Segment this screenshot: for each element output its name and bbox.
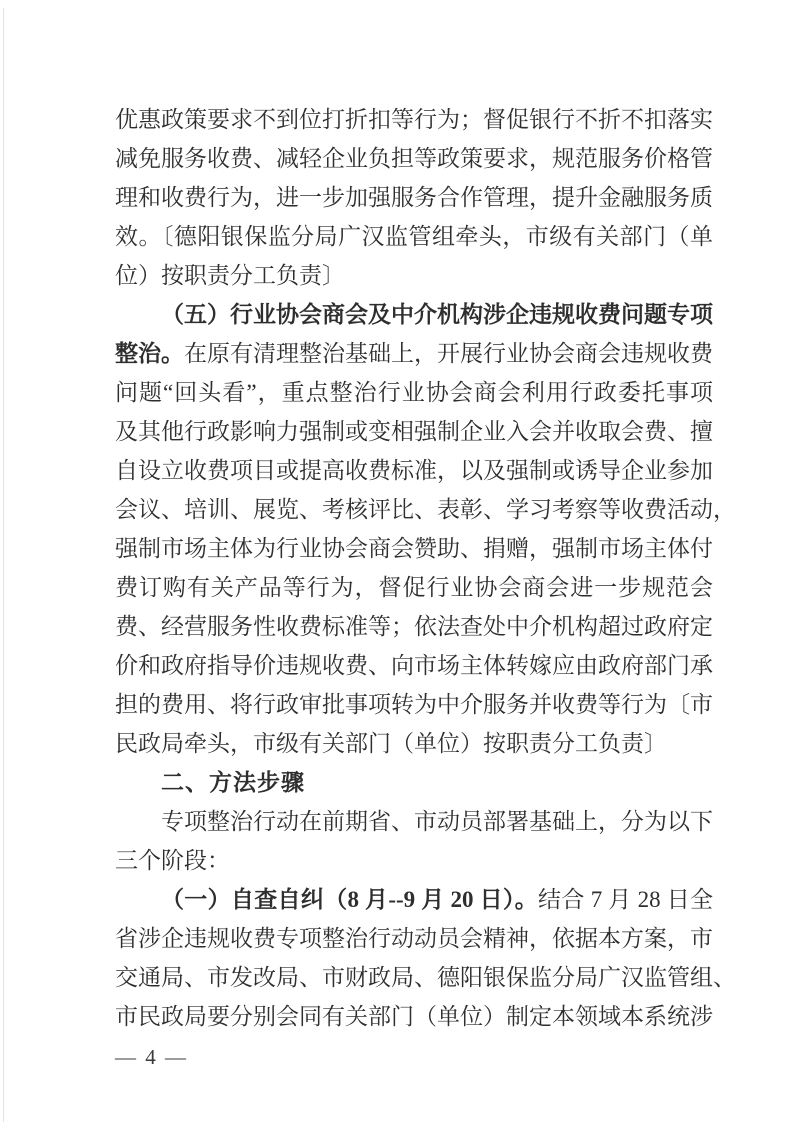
emphasis-text: 整治。 (115, 341, 184, 366)
body-text: 市民政局要分别会同有关部门（单位）制定本领域本系统涉 (115, 1004, 713, 1029)
text-line-2: 减免服务收费、减轻企业负担等政策要求，规范服务价格管 (115, 139, 713, 178)
section-heading: 二、方法步骤 (115, 763, 713, 802)
body-text: 减免服务收费、减轻企业负担等政策要求，规范服务价格管 (115, 146, 713, 171)
text-line-19: 专项整治行动在前期省、市动员部署基础上，分为以下 (115, 802, 713, 841)
body-text: 优惠政策要求不到位打折扣等行为；督促银行不折不扣落实 (115, 107, 713, 132)
text-line-11: 会议、培训、展览、考核评比、表彰、学习考察等收费活动， (115, 490, 713, 529)
text-line-17: 民政局牵头，市级有关部门（单位）按职责分工负责〕 (115, 724, 713, 763)
text-line-23: 交通局、市发改局、市财政局、德阳银保监分局广汉监管组、 (115, 958, 713, 997)
text-line-21: （一）自查自纠（8 月--9 月 20 日）。结合 7 月 28 日全 (115, 880, 713, 919)
text-line-6: （五）行业协会商会及中介机构涉企违规收费问题专项 (115, 295, 713, 334)
text-line-7: 整治。在原有清理整治基础上，开展行业协会商会违规收费 (115, 334, 713, 373)
body-text: 省涉企违规收费专项整治行动动员会精神，依据本方案，市 (115, 926, 713, 951)
emphasis-text: （五）行业协会商会及中介机构涉企违规收费问题专项 (161, 302, 713, 327)
text-line-5: 位）按职责分工负责〕 (115, 256, 713, 295)
body-text: 结合 7 月 28 日全 (538, 887, 713, 912)
page-footer: — 4 — (115, 1042, 188, 1072)
body-text: 交通局、市发改局、市财政局、德阳银保监分局广汉监管组、 (115, 965, 736, 990)
body-text: 专项整治行动在前期省、市动员部署基础上，分为以下 (161, 809, 713, 834)
text-line-14: 费、经营服务性收费标准等；依法查处中介机构超过政府定 (115, 607, 713, 646)
body-text: 强制市场主体为行业协会商会赞助、捐赠，强制市场主体付 (115, 536, 713, 561)
text-line-3: 理和收费行为，进一步加强服务合作管理，提升金融服务质 (115, 178, 713, 217)
text-line-22: 省涉企违规收费专项整治行动动员会精神，依据本方案，市 (115, 919, 713, 958)
page-number: — 4 — (115, 1045, 188, 1069)
body-text: 在原有清理整治基础上，开展行业协会商会违规收费 (184, 341, 713, 366)
body-text: 民政局牵头，市级有关部门（单位）按职责分工负责〕 (115, 731, 667, 756)
text-line-16: 担的费用、将行政审批事项转为中介服务并收费等行为〔市 (115, 685, 713, 724)
body-text: 三个阶段： (115, 848, 230, 873)
document-body: 优惠政策要求不到位打折扣等行为；督促银行不折不扣落实减免服务收费、减轻企业负担等… (115, 100, 713, 1036)
document-page: 优惠政策要求不到位打折扣等行为；督促银行不折不扣落实减免服务收费、减轻企业负担等… (0, 0, 793, 1122)
body-text: 价和政府指导价违规收费、向市场主体转嫁应由政府部门承 (115, 653, 713, 678)
text-line-15: 价和政府指导价违规收费、向市场主体转嫁应由政府部门承 (115, 646, 713, 685)
body-text: 费、经营服务性收费标准等；依法查处中介机构超过政府定 (115, 614, 713, 639)
emphasis-text: （一）自查自纠（8 月--9 月 20 日）。 (161, 887, 538, 912)
body-text: 问题“回头看”，重点整治行业协会商会利用行政委托事项 (115, 380, 713, 405)
text-line-10: 自设立收费项目或提高收费标准，以及强制或诱导企业参加 (115, 451, 713, 490)
text-line-1: 优惠政策要求不到位打折扣等行为；督促银行不折不扣落实 (115, 100, 713, 139)
body-text: 理和收费行为，进一步加强服务合作管理，提升金融服务质 (115, 185, 713, 210)
body-text: 费订购有关产品等行为，督促行业协会商会进一步规范会 (115, 575, 713, 600)
text-line-9: 及其他行政影响力强制或变相强制企业入会并收取会费、擅 (115, 412, 713, 451)
body-text: 及其他行政影响力强制或变相强制企业入会并收取会费、擅 (115, 419, 713, 444)
text-line-8: 问题“回头看”，重点整治行业协会商会利用行政委托事项 (115, 373, 713, 412)
body-text: 自设立收费项目或提高收费标准，以及强制或诱导企业参加 (115, 458, 713, 483)
body-text: 位）按职责分工负责〕 (115, 263, 345, 288)
body-text: 效。〔德阳银保监分局广汉监管组牵头，市级有关部门（单 (115, 224, 713, 249)
body-text: 会议、培训、展览、考核评比、表彰、学习考察等收费活动， (115, 497, 736, 522)
body-text: 担的费用、将行政审批事项转为中介服务并收费等行为〔市 (115, 692, 713, 717)
emphasis-text: 二、方法步骤 (161, 769, 305, 795)
text-line-20: 三个阶段： (115, 841, 713, 880)
text-line-13: 费订购有关产品等行为，督促行业协会商会进一步规范会 (115, 568, 713, 607)
text-line-24: 市民政局要分别会同有关部门（单位）制定本领域本系统涉 (115, 997, 713, 1036)
scan-edge-artifact (3, 8, 4, 1122)
text-line-4: 效。〔德阳银保监分局广汉监管组牵头，市级有关部门（单 (115, 217, 713, 256)
text-line-12: 强制市场主体为行业协会商会赞助、捐赠，强制市场主体付 (115, 529, 713, 568)
